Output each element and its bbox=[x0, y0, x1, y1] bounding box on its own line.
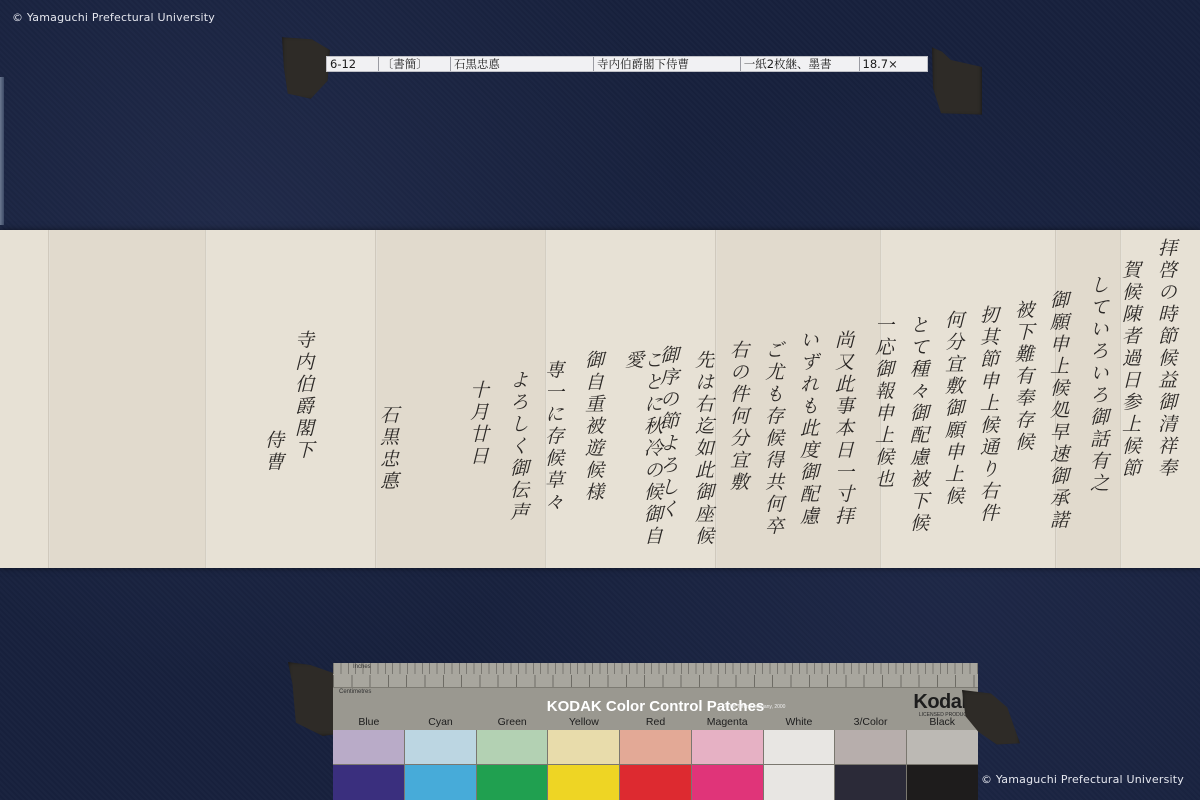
color-patch-green-light bbox=[477, 730, 548, 764]
color-patch-white-light bbox=[764, 730, 835, 764]
centimetres-label: Centimetres bbox=[339, 689, 371, 695]
color-patch-yellow-light bbox=[548, 730, 619, 764]
catalog-label: 6-12〔書簡〕石黒忠悳寺内伯爵閣下侍曹一紙2枚継、墨書18.7× bbox=[326, 56, 928, 72]
paper-fold-line bbox=[205, 230, 207, 568]
color-patch-3-color-light bbox=[835, 730, 906, 764]
kodak-card-title: KODAK Color Control Patches bbox=[333, 698, 978, 715]
patch-label-magenta: Magenta bbox=[691, 716, 763, 728]
calligraphy-column: 十月廿日 bbox=[468, 380, 487, 468]
adjacent-document-edge bbox=[0, 77, 4, 225]
patch-label-row: BlueCyanGreenYellowRedMagentaWhite3/Colo… bbox=[333, 716, 978, 728]
paper-panel-shade bbox=[48, 230, 205, 568]
catalog-label-cell: 18.7× bbox=[860, 57, 927, 71]
calligraphy-column: よろしく御伝声 bbox=[508, 370, 527, 524]
measurement-ruler: Inches bbox=[333, 663, 978, 688]
calligraphy-column: 尚又此事本日一寸拝 bbox=[833, 330, 852, 528]
color-patch-cyan-light bbox=[405, 730, 476, 764]
catalog-label-cell: 一紙2枚継、墨書 bbox=[741, 57, 860, 71]
patch-label-white: White bbox=[763, 716, 835, 728]
color-patch-black-dark bbox=[907, 765, 978, 800]
color-patch-green-dark bbox=[477, 765, 548, 800]
color-patch-yellow-dark bbox=[548, 765, 619, 800]
patch-label-cyan: Cyan bbox=[405, 716, 477, 728]
color-patch-magenta-light bbox=[692, 730, 763, 764]
copyright-notice-top: © Yamaguchi Prefectural University bbox=[12, 11, 215, 24]
patch-label-3-color: 3/Color bbox=[835, 716, 907, 728]
color-patch-cyan-dark bbox=[405, 765, 476, 800]
copyright-notice-bottom: © Yamaguchi Prefectural University bbox=[981, 773, 1184, 786]
calligraphy-column: 石黒忠悳 bbox=[378, 405, 397, 493]
catalog-label-cell: 〔書簡〕 bbox=[379, 57, 451, 71]
tape-top-left bbox=[282, 36, 330, 100]
calligraphy-column: 扨其節申上候通り右件 bbox=[978, 305, 997, 525]
color-patch-3-color-dark bbox=[835, 765, 906, 800]
catalog-label-cell: 寺内伯爵閣下侍曹 bbox=[594, 57, 741, 71]
color-patch-magenta-dark bbox=[692, 765, 763, 800]
tape-top-right bbox=[932, 46, 982, 116]
calligraphy-column: 専一に存候草々 bbox=[543, 360, 562, 514]
color-patch-red-light bbox=[620, 730, 691, 764]
calligraphy-column: 先は右迄如此御座候 bbox=[693, 350, 712, 548]
color-patch-blue-dark bbox=[333, 765, 404, 800]
paper-fold-line bbox=[48, 230, 50, 568]
calligraphy-column: 御願申上候処早速御承諾 bbox=[1048, 290, 1067, 532]
calligraphy-column: 拝啓の時節候益御清祥奉 bbox=[1156, 238, 1175, 480]
color-patch-black-light bbox=[907, 730, 978, 764]
calligraphy-column: 御自重被遊候様 bbox=[583, 350, 602, 504]
calligraphy-column: 右の件何分宜敷 bbox=[728, 340, 747, 494]
catalog-label-cell: 6-12 bbox=[327, 57, 379, 71]
kodak-color-control-card: Inches Centimetres KODAK Color Control P… bbox=[333, 663, 978, 800]
paper-fold-line bbox=[375, 230, 377, 568]
calligraphy-column: 寺内伯爵閣下 bbox=[293, 330, 312, 462]
calligraphy-column: とて種々御配慮被下候 bbox=[908, 315, 927, 535]
inches-label: Inches bbox=[353, 664, 371, 670]
patch-label-blue: Blue bbox=[333, 716, 405, 728]
calligraphy-column: していろいろ御話有之 bbox=[1088, 275, 1107, 495]
tiffen-copyright: © The Tiffen Company, 2000 bbox=[722, 704, 785, 710]
patch-label-red: Red bbox=[620, 716, 692, 728]
color-patch-red-dark bbox=[620, 765, 691, 800]
calligraphy-column: 被下難有奉存候 bbox=[1013, 300, 1032, 454]
color-patch-white-dark bbox=[764, 765, 835, 800]
manuscript-letter: 拝啓の時節候益御清祥奉賀候陳者過日参上候節していろいろ御話有之御願申上候処早速御… bbox=[0, 230, 1200, 568]
patch-label-green: Green bbox=[476, 716, 548, 728]
calligraphy-column: 一応御報申上候也 bbox=[873, 315, 892, 491]
calligraphy-column: 侍曹 bbox=[263, 430, 282, 474]
color-patches-grid bbox=[333, 730, 978, 800]
calligraphy-column: いずれも此度御配慮 bbox=[798, 330, 817, 528]
patch-label-yellow: Yellow bbox=[548, 716, 620, 728]
calligraphy-column: 何分宜敷御願申上候 bbox=[943, 310, 962, 508]
catalog-label-cell: 石黒忠悳 bbox=[451, 57, 594, 71]
calligraphy-column: 賀候陳者過日参上候節 bbox=[1120, 260, 1139, 480]
calligraphy-column: ことに秋冷の候御自愛 bbox=[623, 350, 661, 560]
color-patch-blue-light bbox=[333, 730, 404, 764]
calligraphy-column: ご尤も存候得共何卒 bbox=[763, 340, 782, 538]
inch-ticks bbox=[333, 663, 978, 674]
centimetre-ticks bbox=[333, 675, 978, 687]
paper-fold-line bbox=[715, 230, 717, 568]
